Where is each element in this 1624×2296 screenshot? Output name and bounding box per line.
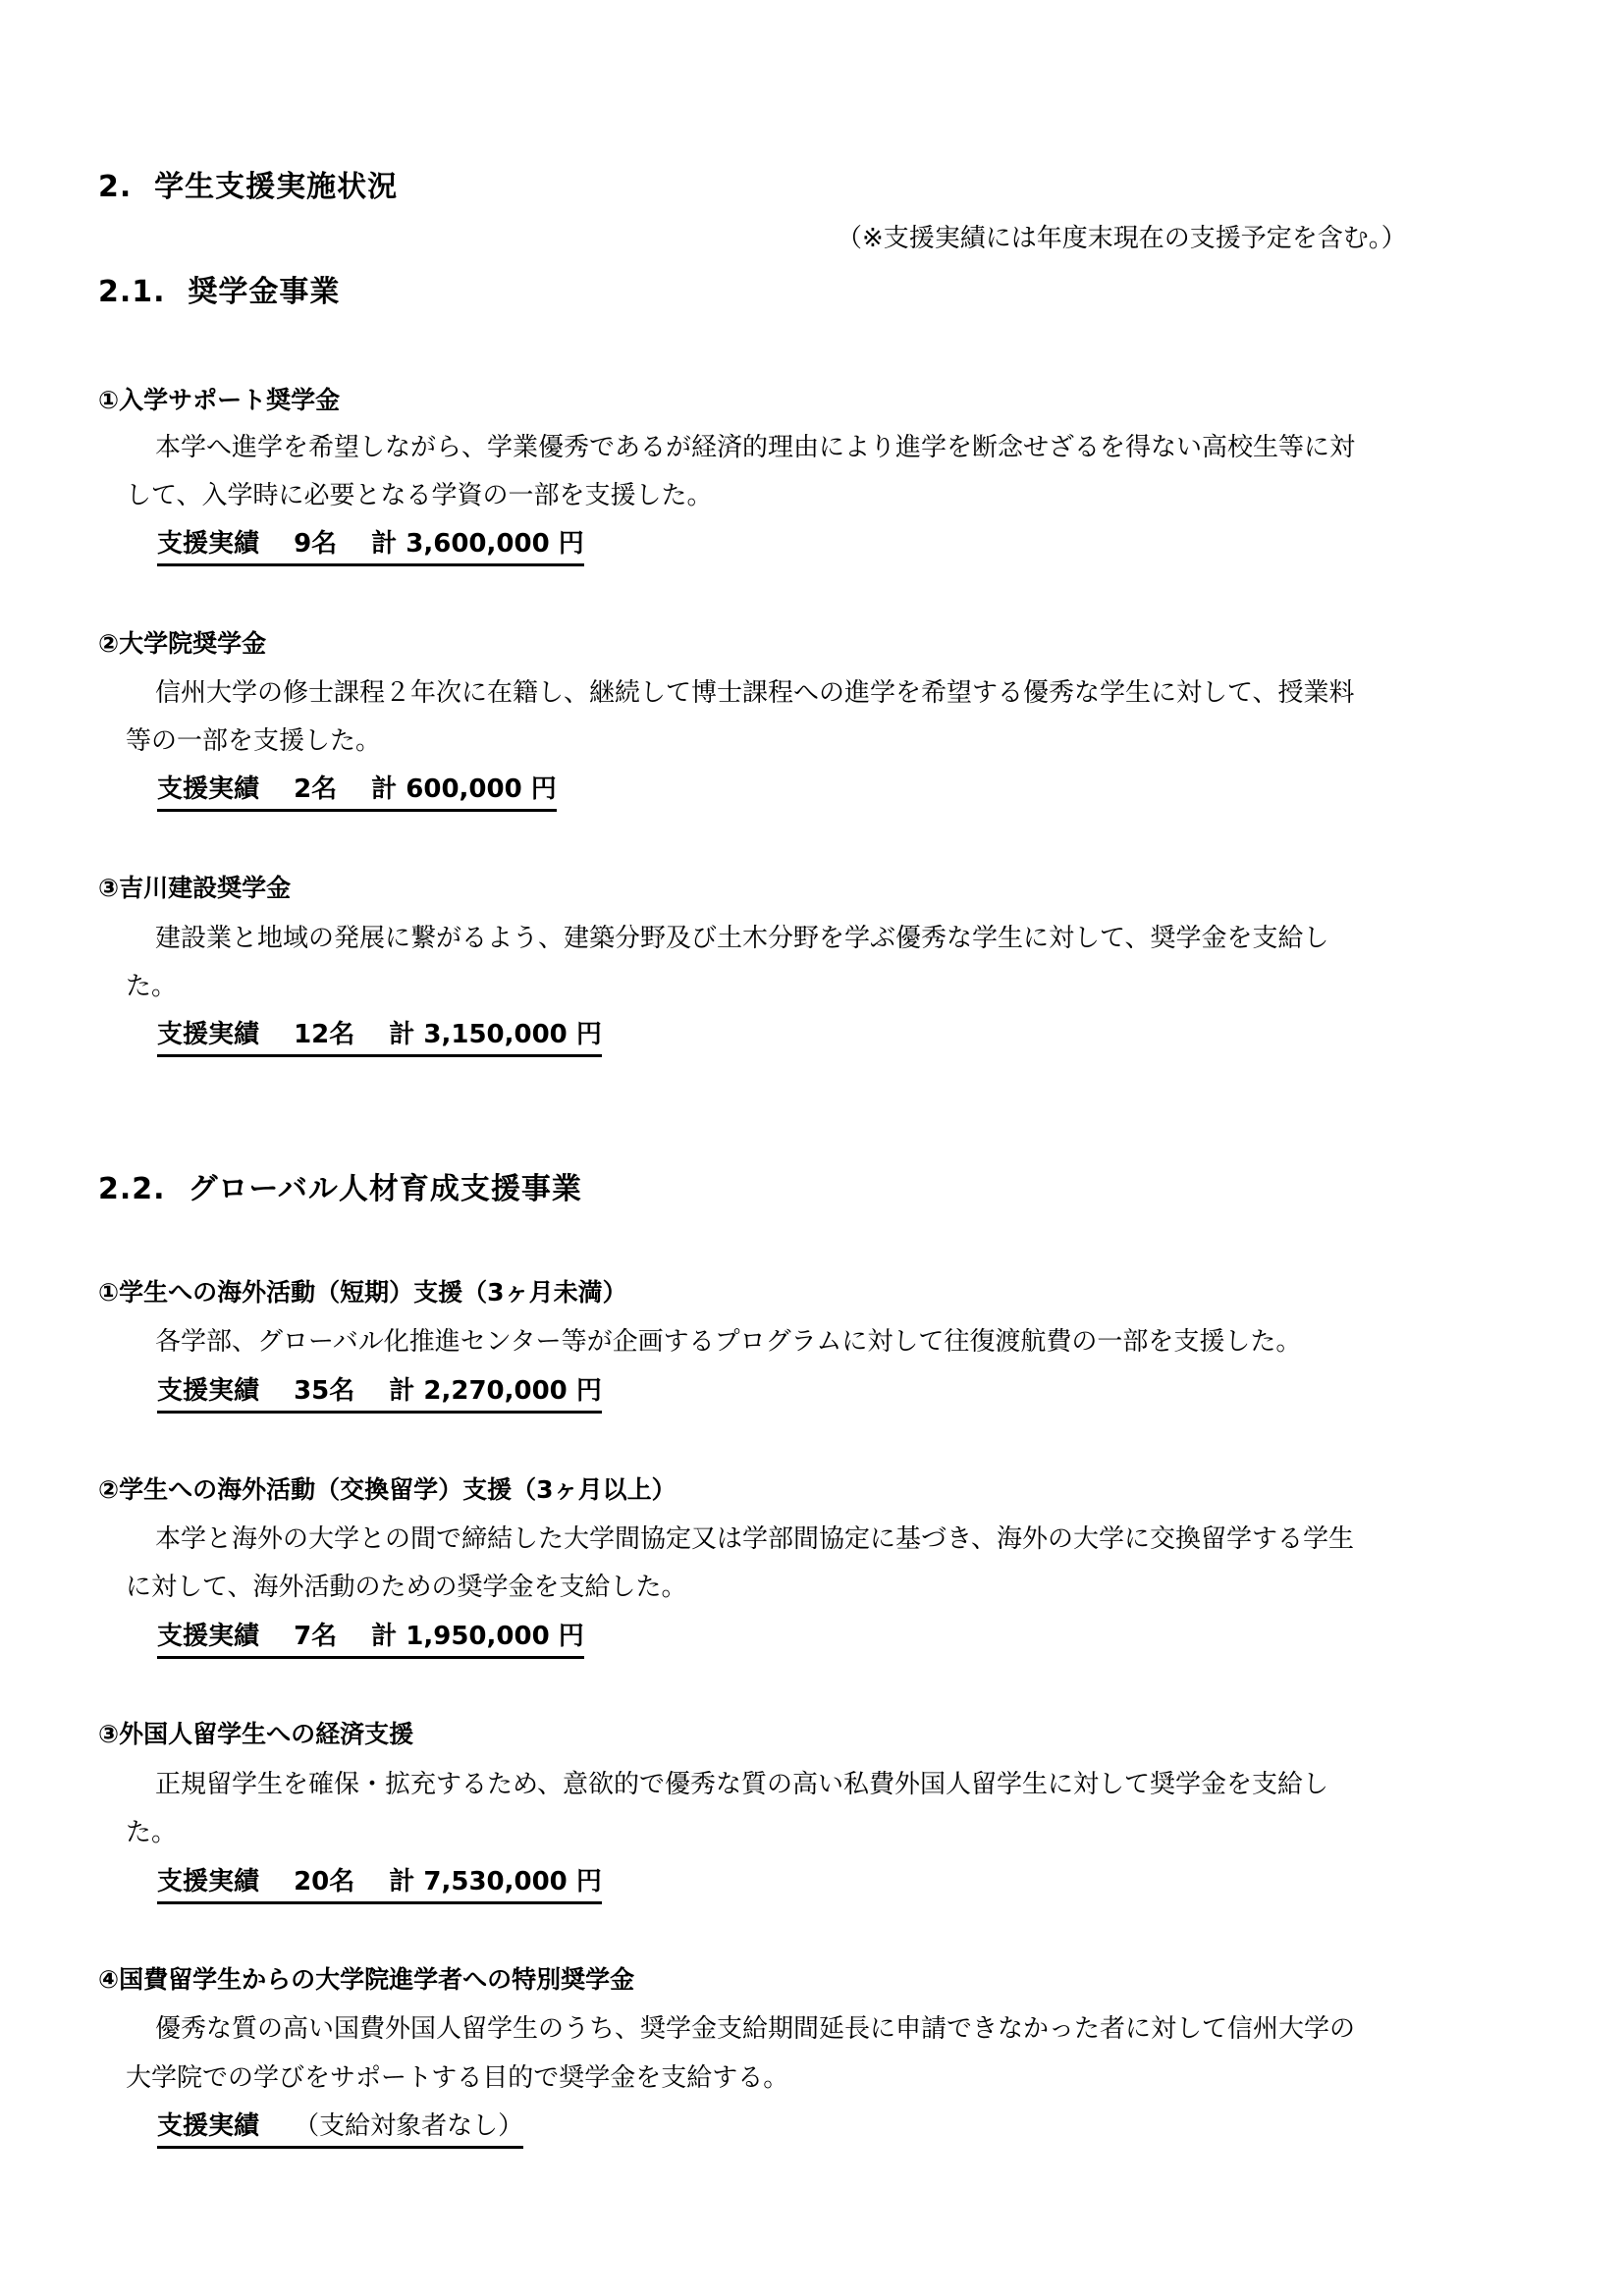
- item-heading: ④国費留学生からの大学院進学者への特別奨学金: [98, 1960, 634, 1996]
- subsection-title: 奨学金事業: [188, 275, 340, 309]
- result-line: 支援実績 12名 計 3,150,000 円: [157, 1014, 602, 1057]
- result-total: 計 600,000 円: [371, 774, 557, 804]
- section-number: 2.: [98, 170, 132, 204]
- item-body-line: た。: [126, 966, 177, 1002]
- item-body-line: 優秀な質の高い国費外国人留学生のうち、奨学金支給期間延長に申請できなかった者に対…: [155, 2008, 1355, 2045]
- result-label: 支援実績: [157, 774, 259, 804]
- item-body-line: 信州大学の修士課程２年次に在籍し、継続して博士課程への進学を希望する優秀な学生に…: [155, 672, 1354, 709]
- result-total: 計 3,600,000 円: [371, 529, 584, 559]
- result-label: 支援実績: [157, 1020, 259, 1049]
- result-total: 計 3,150,000 円: [389, 1020, 602, 1049]
- item-heading: ③吉川建設奨学金: [98, 869, 291, 904]
- item-body-line: 本学へ進学を希望しながら、学業優秀であるが経済的理由により進学を断念せざるを得な…: [155, 427, 1355, 463]
- result-count: 12名: [294, 1020, 354, 1049]
- subsection-heading-scholarship: 2.1. 奨学金事業: [98, 267, 340, 310]
- item-heading: ②大学院奨学金: [98, 624, 266, 660]
- result-line: 支援実績 35名 計 2,270,000 円: [157, 1370, 602, 1414]
- item-body-line: 等の一部を支援した。: [126, 721, 381, 757]
- subsection-number: 2.2.: [98, 1172, 166, 1206]
- result-count: 35名: [294, 1376, 354, 1406]
- subsection-number: 2.1.: [98, 275, 166, 309]
- result-line: 支援実績 （支給対象者なし）: [157, 2106, 523, 2149]
- result-count: 7名: [294, 1622, 337, 1651]
- result-label: 支援実績: [157, 2111, 259, 2141]
- result-count: 20名: [294, 1867, 354, 1896]
- result-count: 2名: [294, 774, 337, 804]
- item-body-line: 正規留学生を確保・拡充するため、意欲的で優秀な質の高い私費外国人留学生に対して奨…: [155, 1764, 1328, 1800]
- item-body-line: して、入学時に必要となる学資の一部を支援した。: [126, 475, 712, 511]
- result-line: 支援実績 7名 計 1,950,000 円: [157, 1616, 584, 1659]
- result-label: 支援実績: [157, 529, 259, 559]
- result-label: 支援実績: [157, 1867, 259, 1896]
- item-heading: ②学生への海外活動（交換留学）支援（3ヶ月以上）: [98, 1470, 677, 1506]
- subsection-heading-global: 2.2. グローバル人材育成支援事業: [98, 1164, 582, 1207]
- result-line: 支援実績 20名 計 7,530,000 円: [157, 1861, 602, 1904]
- item-body-line: 各学部、グローバル化推進センター等が企画するプログラムに対して往復渡航費の一部を…: [155, 1321, 1301, 1358]
- subsection-title: グローバル人材育成支援事業: [188, 1172, 582, 1206]
- result-label: 支援実績: [157, 1376, 259, 1406]
- item-heading: ①入学サポート奨学金: [98, 381, 340, 416]
- item-body-line: 本学と海外の大学との間で締結した大学間協定又は学部間協定に基づき、海外の大学に交…: [155, 1519, 1354, 1555]
- result-total: 計 7,530,000 円: [389, 1867, 602, 1896]
- result-note: （支給対象者なし）: [294, 2111, 523, 2141]
- section-heading: 2. 学生支援実施状況: [98, 162, 398, 205]
- item-body-line: 建設業と地域の発展に繋がるよう、建築分野及び土木分野を学ぶ優秀な学生に対して、奨…: [155, 918, 1328, 954]
- item-body-line: に対して、海外活動のための奨学金を支給した。: [126, 1567, 686, 1603]
- result-count: 9名: [294, 529, 337, 559]
- result-label: 支援実績: [157, 1622, 259, 1651]
- item-heading: ③外国人留学生への経済支援: [98, 1715, 413, 1750]
- result-total: 計 1,950,000 円: [371, 1622, 584, 1651]
- support-note: （※支援実績には年度末現在の支援予定を含む。）: [837, 218, 1407, 254]
- result-total: 計 2,270,000 円: [389, 1376, 602, 1406]
- item-body-line: 大学院での学びをサポートする目的で奨学金を支給する。: [126, 2057, 788, 2094]
- item-body-line: た。: [126, 1812, 177, 1848]
- result-line: 支援実績 2名 計 600,000 円: [157, 769, 557, 812]
- result-line: 支援実績 9名 計 3,600,000 円: [157, 523, 584, 566]
- section-title: 学生支援実施状況: [154, 170, 398, 204]
- item-heading: ①学生への海外活動（短期）支援（3ヶ月未満）: [98, 1273, 627, 1308]
